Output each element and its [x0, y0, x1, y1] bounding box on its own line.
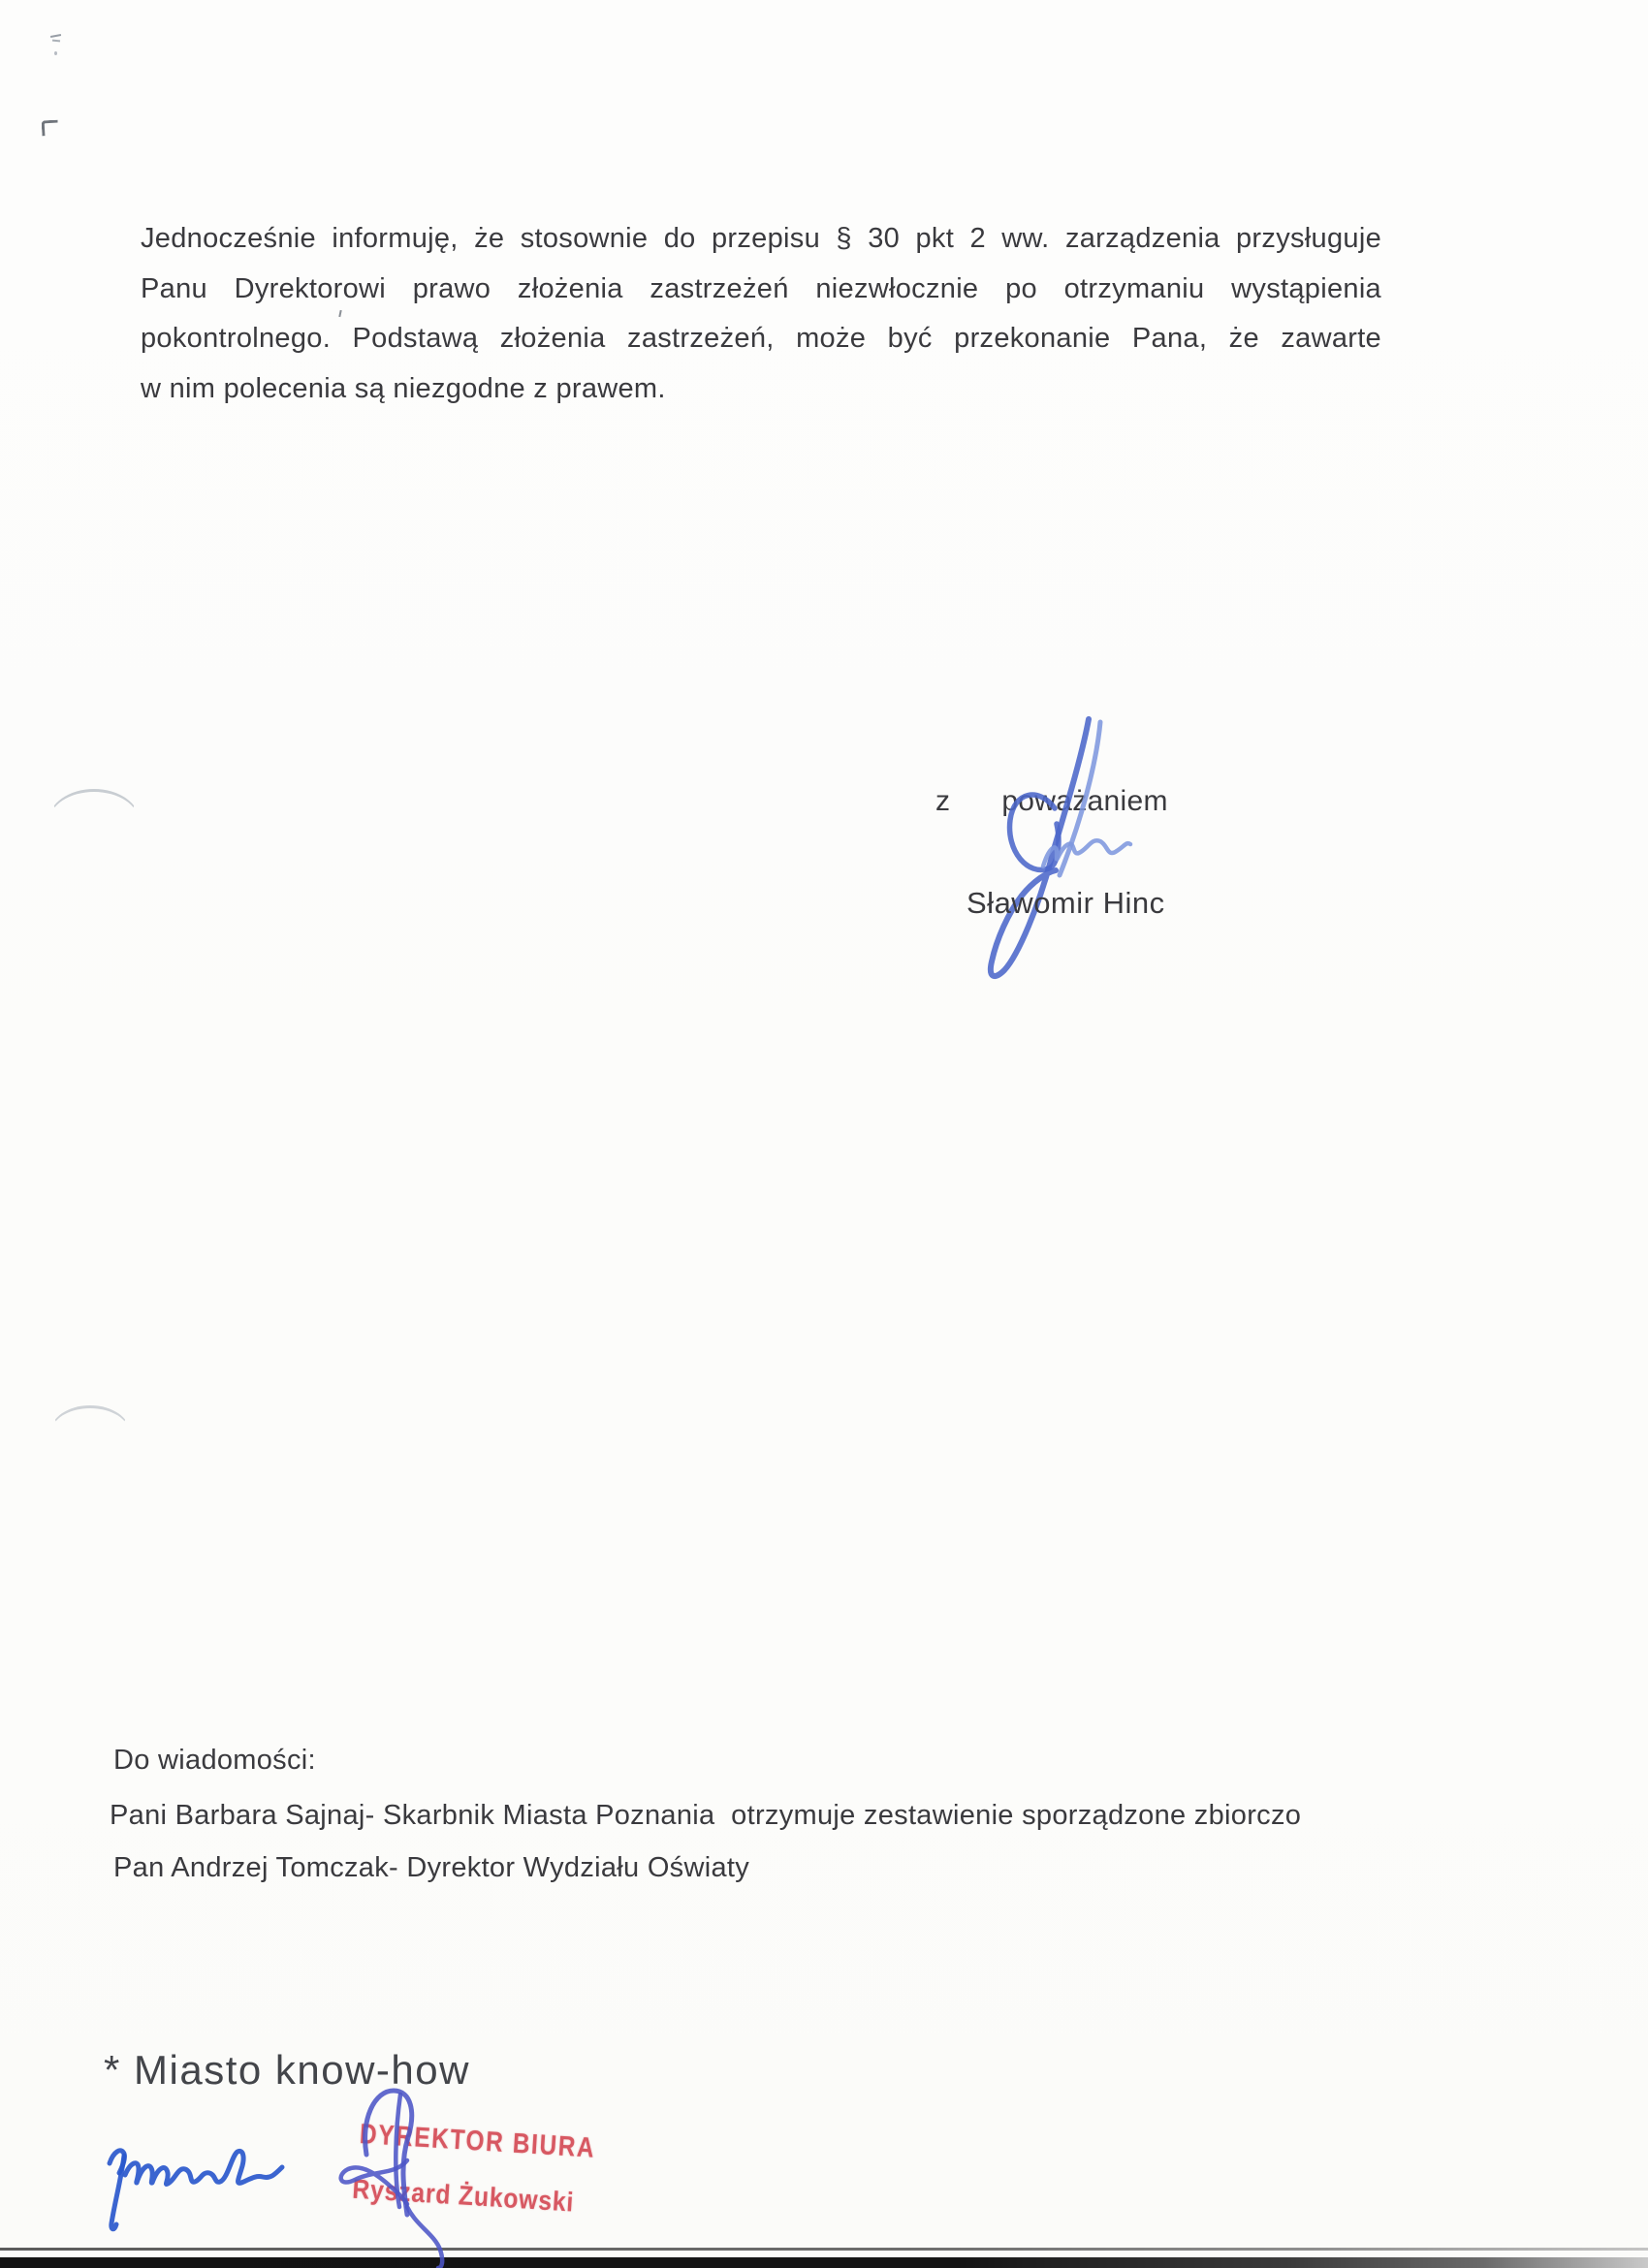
- scan-artifact-arc: [48, 789, 140, 825]
- cc-recipient: Pan Andrzej Tomczak- Dyrektor Wydziału O…: [113, 1852, 749, 1884]
- scan-artifact-arc: [50, 1405, 130, 1435]
- scan-artifact-tilde: [52, 40, 60, 43]
- closing-word-z: z: [935, 785, 950, 817]
- scan-artifact-dot: [54, 51, 57, 55]
- signature-slawomir-hinc: [960, 706, 1154, 987]
- body-paragraph: Jednocześnie informuję, że stosownie do …: [141, 214, 1381, 415]
- scan-artifact-tilde: [50, 34, 61, 38]
- scan-edge-bar: [0, 2257, 1648, 2268]
- scanned-letter-page: Jednocześnie informuję, że stosownie do …: [0, 0, 1648, 2268]
- paragraph-line: w nim polecenia są niezgodne z prawem.: [141, 364, 1381, 415]
- signature-handwritten-left: [102, 2140, 301, 2237]
- scan-edge-line: [0, 2248, 1648, 2251]
- signature-ryszard-zukowski: [320, 2079, 475, 2268]
- paragraph-line: Panu Dyrektorowi prawo złożenia zastrzeż…: [141, 265, 1381, 315]
- paragraph-line: pokontrolnego. Podstawą złożenia zastrze…: [141, 314, 1381, 364]
- cc-heading: Do wiadomości:: [113, 1745, 316, 1777]
- signer-name: Sławomir Hinc: [967, 886, 1165, 921]
- scan-artifact-corner-mark: [42, 120, 59, 137]
- cc-recipient: Pani Barbara Sajnaj- Skarbnik Miasta Poz…: [110, 1800, 1301, 1832]
- paragraph-line: Jednocześnie informuję, że stosownie do …: [141, 214, 1381, 265]
